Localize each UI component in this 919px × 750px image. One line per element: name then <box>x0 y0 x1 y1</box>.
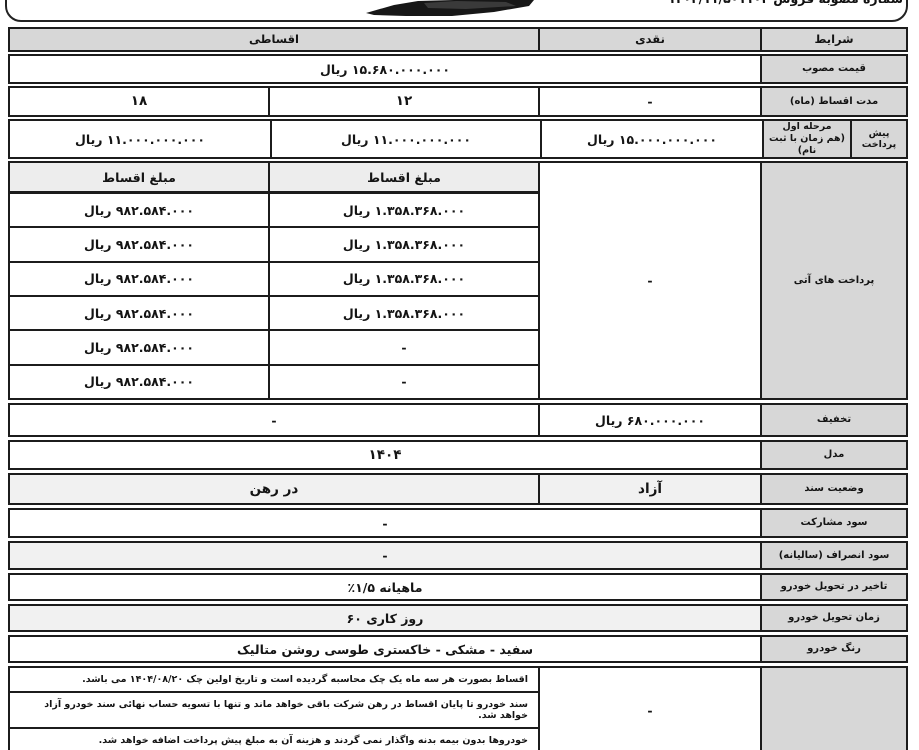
discount-cash: ۶۸۰.۰۰۰.۰۰۰ ریال <box>538 405 760 435</box>
doc-status-label: وضعیت سند <box>760 475 906 503</box>
row-discount: تخفیف ۶۸۰.۰۰۰.۰۰۰ ریال - <box>8 403 908 437</box>
installment-12: ۱.۳۵۸.۳۶۸.۰۰۰ ریال <box>268 297 538 329</box>
col-header-installment: اقساطی <box>10 29 538 50</box>
row-doc-status: وضعیت سند آزاد در رهن <box>8 473 908 505</box>
notes-cash-cell: - <box>538 668 760 750</box>
cancellation-interest-value: - <box>10 543 760 568</box>
schedule-row: - ۹۸۲.۵۸۴.۰۰۰ ریال <box>10 364 538 398</box>
delivery-time-label: زمان تحویل خودرو <box>760 606 906 630</box>
note-item: خودروها بدون بیمه بدنه واگذار نمی گردند … <box>10 727 538 750</box>
row-partnership-interest: سود مشارکت - <box>8 508 908 538</box>
months-cash: - <box>538 88 760 115</box>
delivery-delay-label: تاخیر در تحویل خودرو <box>760 575 906 599</box>
installment-12: ۱.۳۵۸.۳۶۸.۰۰۰ ریال <box>268 228 538 260</box>
installment-18: ۹۸۲.۵۸۴.۰۰۰ ریال <box>10 366 268 398</box>
schedule-row: ۱.۳۵۸.۳۶۸.۰۰۰ ریال ۹۸۲.۵۸۴.۰۰۰ ریال <box>10 261 538 295</box>
car-color-value: سفید - مشکی - خاکستری طوسی روشن متالیک <box>10 637 760 661</box>
note-text: سند خودرو تا پایان اقساط در رهن شرکت باق… <box>20 699 528 721</box>
approved-price-value: ۱۵.۶۸۰.۰۰۰.۰۰۰ ریال <box>10 56 760 82</box>
row-months: مدت اقساط (ماه) - ۱۲ ۱۸ <box>8 86 908 117</box>
down-payment-cash: ۱۵.۰۰۰.۰۰۰.۰۰۰ ریال <box>540 121 762 157</box>
approved-price-label: قیمت مصوب <box>760 56 906 82</box>
car-photo <box>366 0 534 17</box>
approval-number: شماره مصوبه فروش ۱۴۰۴/۱۱/۵۰۱۱۰۴ <box>668 0 903 6</box>
installment-12: ۱.۳۵۸.۳۶۸.۰۰۰ ریال <box>268 194 538 226</box>
discount-label: تخفیف <box>760 405 906 435</box>
amount-header-18: مبلغ اقساط <box>10 163 268 191</box>
row-approved-price: قیمت مصوب ۱۵.۶۸۰.۰۰۰.۰۰۰ ریال <box>8 54 908 84</box>
schedule-row: - ۹۸۲.۵۸۴.۰۰۰ ریال <box>10 329 538 363</box>
future-payments-cash: - <box>538 163 760 398</box>
installment-12: ۱.۳۵۸.۳۶۸.۰۰۰ ریال <box>268 263 538 295</box>
model-value: ۱۴۰۴ <box>10 442 760 468</box>
cancellation-interest-label: سود انصراف (سالیانه) <box>760 543 906 568</box>
installment-18: ۹۸۲.۵۸۴.۰۰۰ ریال <box>10 331 268 363</box>
partnership-interest-value: - <box>10 510 760 536</box>
schedule-row: ۱.۳۵۸.۳۶۸.۰۰۰ ریال ۹۸۲.۵۸۴.۰۰۰ ریال <box>10 192 538 226</box>
amount-header-12: مبلغ اقساط <box>268 163 538 191</box>
delivery-time-value: ۶۰ روز کاری <box>10 606 760 630</box>
note-item: اقساط بصورت هر سه ماه یک چک محاسبه گردید… <box>10 668 538 691</box>
row-cancellation-interest: سود انصراف (سالیانه) - <box>8 541 908 570</box>
installment-18: ۹۸۲.۵۸۴.۰۰۰ ریال <box>10 297 268 329</box>
row-model: مدل ۱۴۰۴ <box>8 440 908 470</box>
section-notes: - اقساط بصورت هر سه ماه یک چک محاسبه گرد… <box>8 666 908 750</box>
schedule-header-row: مبلغ اقساط مبلغ اقساط <box>10 163 538 192</box>
discount-installment: - <box>10 405 538 435</box>
row-delivery-time: زمان تحویل خودرو ۶۰ روز کاری <box>8 604 908 632</box>
down-payment-stage: مرحله اول (هم زمان با ثبت نام) <box>762 121 850 157</box>
column-header-row: شرایط نقدی اقساطی <box>8 27 908 52</box>
stage-title: مرحله اول <box>783 121 832 133</box>
row-down-payment: پیش پرداخت مرحله اول (هم زمان با ثبت نام… <box>8 119 908 159</box>
price-sheet-document: شماره مصوبه فروش ۱۴۰۴/۱۱/۵۰۱۱۰۴ شرایط نق… <box>0 0 919 750</box>
down-payment-12: ۱۱.۰۰۰.۰۰۰.۰۰۰ ریال <box>270 121 540 157</box>
months-18: ۱۸ <box>10 88 268 115</box>
car-color-label: رنگ خودرو <box>760 637 906 661</box>
installment-18: ۹۸۲.۵۸۴.۰۰۰ ریال <box>10 194 268 226</box>
row-delivery-delay: تاخیر در تحویل خودرو ٪۱/۵ ماهیانه <box>8 573 908 601</box>
row-car-color: رنگ خودرو سفید - مشکی - خاکستری طوسی روش… <box>8 635 908 663</box>
notes-conditions-cell <box>760 668 906 750</box>
stage-subtitle: (هم زمان با ثبت نام) <box>764 133 850 157</box>
down-payment-label: پیش پرداخت <box>850 121 906 157</box>
note-item: سند خودرو تا پایان اقساط در رهن شرکت باق… <box>10 691 538 727</box>
installment-18: ۹۸۲.۵۸۴.۰۰۰ ریال <box>10 228 268 260</box>
delivery-delay-value: ٪۱/۵ ماهیانه <box>10 575 760 599</box>
col-header-cash: نقدی <box>538 29 760 50</box>
installment-18: ۹۸۲.۵۸۴.۰۰۰ ریال <box>10 263 268 295</box>
doc-status-cash: آزاد <box>538 475 760 503</box>
down-payment-18: ۱۱.۰۰۰.۰۰۰.۰۰۰ ریال <box>10 121 270 157</box>
schedule-row: ۱.۳۵۸.۳۶۸.۰۰۰ ریال ۹۸۲.۵۸۴.۰۰۰ ریال <box>10 226 538 260</box>
note-text: خودروها بدون بیمه بدنه واگذار نمی گردند … <box>99 735 528 746</box>
section-future-payments: پرداخت های آتی - مبلغ اقساط مبلغ اقساط ۱… <box>8 161 908 400</box>
schedule-row: ۱.۳۵۸.۳۶۸.۰۰۰ ریال ۹۸۲.۵۸۴.۰۰۰ ریال <box>10 295 538 329</box>
future-payments-label: پرداخت های آتی <box>760 163 906 398</box>
col-header-conditions: شرایط <box>760 29 906 50</box>
notes-list: اقساط بصورت هر سه ماه یک چک محاسبه گردید… <box>10 668 538 750</box>
installment-schedule: مبلغ اقساط مبلغ اقساط ۱.۳۵۸.۳۶۸.۰۰۰ ریال… <box>10 163 538 398</box>
price-table: شرایط نقدی اقساطی قیمت مصوب ۱۵.۶۸۰.۰۰۰.۰… <box>8 27 908 750</box>
months-label: مدت اقساط (ماه) <box>760 88 906 115</box>
note-text: اقساط بصورت هر سه ماه یک چک محاسبه گردید… <box>82 674 528 685</box>
partnership-interest-label: سود مشارکت <box>760 510 906 536</box>
model-label: مدل <box>760 442 906 468</box>
installment-12: - <box>268 366 538 398</box>
months-12: ۱۲ <box>268 88 538 115</box>
installment-12: - <box>268 331 538 363</box>
doc-status-installment: در رهن <box>10 475 538 503</box>
